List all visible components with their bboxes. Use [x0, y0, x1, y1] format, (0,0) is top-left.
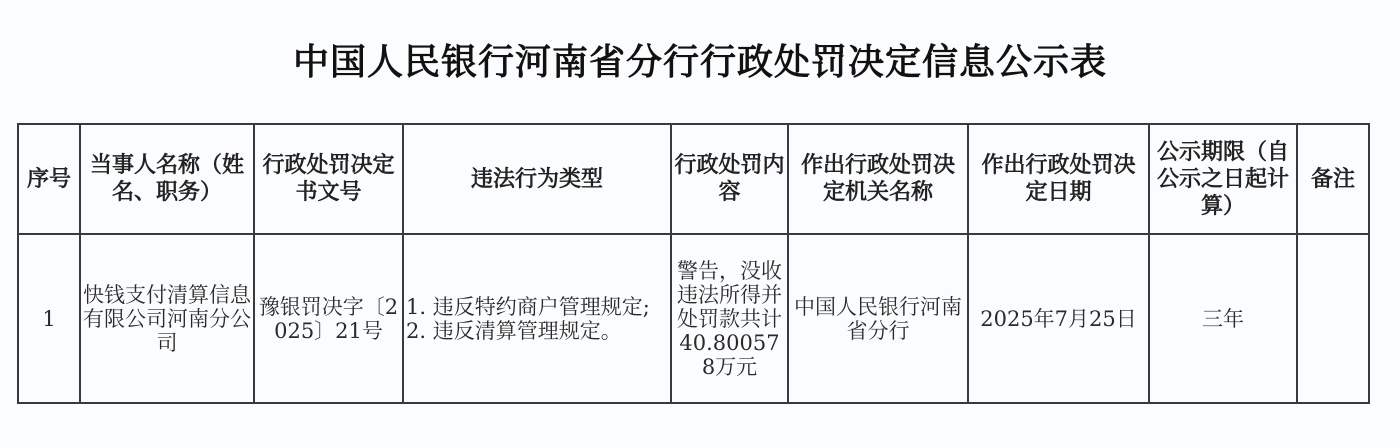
- cell-date: 2025年7月25日: [968, 234, 1149, 403]
- header-date: 作出行政处罚决定日期: [968, 124, 1149, 234]
- header-penalty: 行政处罚内容: [671, 124, 788, 234]
- cell-party: 快钱支付清算信息有限公司河南分公司: [80, 234, 254, 403]
- cell-authority: 中国人民银行河南省分行: [788, 234, 968, 403]
- header-authority: 作出行政处罚决定机关名称: [788, 124, 968, 234]
- header-index: 序号: [18, 124, 80, 234]
- header-remark: 备注: [1297, 124, 1369, 234]
- page-title: 中国人民银行河南省分行行政处罚决定信息公示表: [0, 34, 1400, 85]
- header-period: 公示期限（自公示之日起计算）: [1149, 124, 1297, 234]
- header-violation: 违法行为类型: [403, 124, 671, 234]
- cell-index: 1: [18, 234, 80, 403]
- header-row: 序号 当事人名称（姓名、职务） 行政处罚决定书文号 违法行为类型 行政处罚内容 …: [18, 124, 1369, 234]
- cell-doc-no: 豫银罚决字〔2025〕21号: [254, 234, 403, 403]
- header-doc-no: 行政处罚决定书文号: [254, 124, 403, 234]
- cell-period: 三年: [1149, 234, 1297, 403]
- cell-remark: [1297, 234, 1369, 403]
- penalty-table: 序号 当事人名称（姓名、职务） 行政处罚决定书文号 违法行为类型 行政处罚内容 …: [17, 123, 1370, 404]
- cell-penalty: 警告，没收违法所得并处罚款共计40.800578万元: [671, 234, 788, 403]
- table-row: 1 快钱支付清算信息有限公司河南分公司 豫银罚决字〔2025〕21号 1. 违反…: [18, 234, 1369, 403]
- cell-violation: 1. 违反特约商户管理规定; 2. 违反清算管理规定。: [403, 234, 671, 403]
- header-party: 当事人名称（姓名、职务）: [80, 124, 254, 234]
